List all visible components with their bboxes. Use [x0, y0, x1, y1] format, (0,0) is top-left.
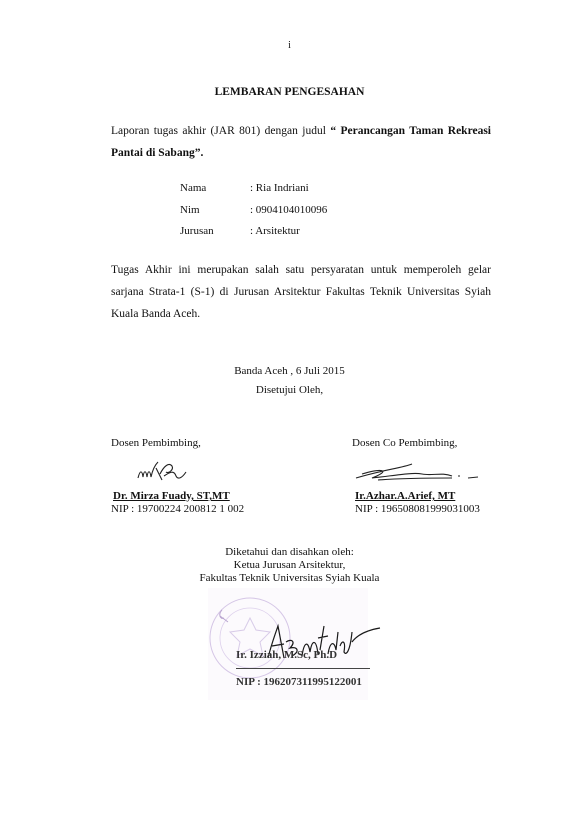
- signature-1-icon: [136, 458, 196, 484]
- faculty-line: Fakultas Teknik Universitas Syiah Kuala: [0, 572, 579, 584]
- identity-label: Jurusan: [180, 225, 250, 237]
- identity-value: : 0904104010096: [250, 204, 327, 216]
- supervisor-nip: NIP : 19700224 200812 1 002: [111, 503, 244, 515]
- acknowledged-line: Diketahui dan disahkan oleh:: [0, 546, 579, 558]
- co-supervisor-role: Dosen Co Pembimbing,: [352, 437, 457, 449]
- supervisor-role: Dosen Pembimbing,: [111, 437, 201, 449]
- approved-by: Disetujui Oleh,: [0, 384, 579, 396]
- signature-2-icon: [352, 460, 482, 484]
- intro-text: Laporan tugas akhir (JAR 801) dengan jud…: [111, 125, 330, 137]
- identity-value: : Ria Indriani: [250, 182, 309, 194]
- identity-value: : Arsitektur: [250, 225, 300, 237]
- identity-label: Nim: [180, 204, 250, 216]
- page-number: i: [0, 40, 579, 51]
- co-supervisor-nip: NIP : 196508081999031003: [355, 503, 480, 515]
- head-title-line: Ketua Jurusan Arsitektur,: [0, 559, 579, 571]
- purpose-paragraph: Tugas Akhir ini merupakan salah satu per…: [111, 259, 491, 325]
- intro-paragraph: Laporan tugas akhir (JAR 801) dengan jud…: [111, 120, 491, 164]
- identity-label: Nama: [180, 182, 250, 194]
- place-date: Banda Aceh , 6 Juli 2015: [0, 365, 579, 377]
- identity-row-jurusan: Jurusan: Arsitektur: [180, 225, 300, 237]
- page-title: LEMBARAN PENGESAHAN: [0, 86, 579, 98]
- head-nip: NIP : 196207311995122001: [236, 676, 362, 688]
- head-name-underline: [236, 668, 370, 669]
- identity-row-name: Nama: Ria Indriani: [180, 182, 309, 194]
- head-name: Ir. Izziah, M.Sc, Ph.D: [236, 649, 337, 661]
- identity-row-nim: Nim: 0904104010096: [180, 204, 327, 216]
- supervisor-name: Dr. Mirza Fuady, ST,MT: [113, 490, 230, 502]
- co-supervisor-name: Ir.Azhar.A.Arief, MT: [355, 490, 455, 502]
